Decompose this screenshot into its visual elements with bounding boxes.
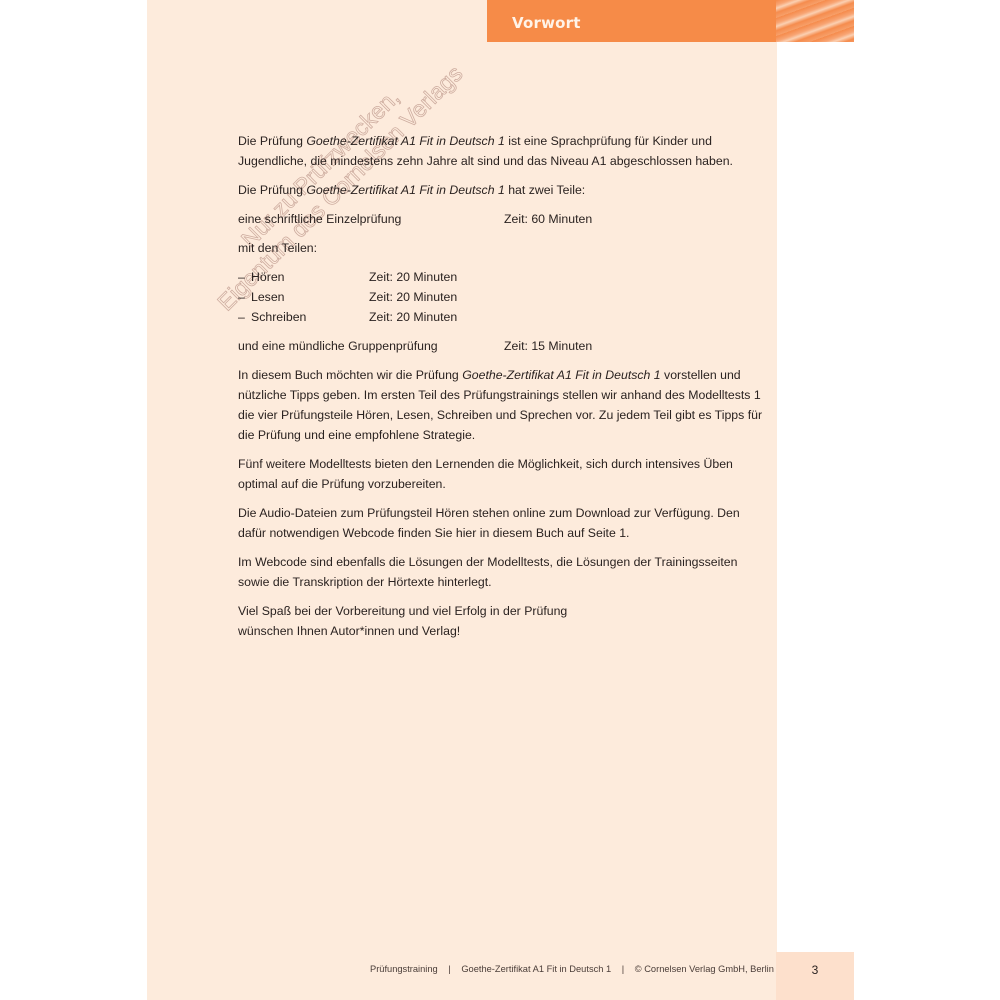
page-footer: Prüfungstraining | Goethe-Zertifikat A1 … [370,964,774,974]
exam-title: Goethe-Zertifikat A1 Fit in Deutsch 1 [462,368,660,382]
footer-section: Prüfungstraining [370,964,438,974]
exam-title: Goethe-Zertifikat A1 Fit in Deutsch 1 [306,183,504,197]
section-title: Vorwort [512,14,581,32]
paragraph-modeltests: Fünf weitere Modelltests bieten den Lern… [238,454,768,494]
list-item: – Lesen Zeit: 20 Minuten [238,287,768,307]
footer-separator: | [448,964,450,974]
footer-separator: | [622,964,624,974]
oral-exam-row: und eine mündliche Gruppenprüfung Zeit: … [238,336,768,356]
section-header-bar: Vorwort [487,0,776,42]
oral-exam-time: Zeit: 15 Minuten [504,336,592,356]
footer-book-title: Goethe-Zertifikat A1 Fit in Deutsch 1 [461,964,611,974]
paragraph-parts: Die Prüfung Goethe-Zertifikat A1 Fit in … [238,180,768,200]
parts-list: – Hören Zeit: 20 Minuten – Lesen Zeit: 2… [238,267,768,327]
paragraph-intro: Die Prüfung Goethe-Zertifikat A1 Fit in … [238,131,768,171]
header-decoration [776,0,854,42]
exam-title: Goethe-Zertifikat A1 Fit in Deutsch 1 [306,134,504,148]
preface-body: Die Prüfung Goethe-Zertifikat A1 Fit in … [238,131,768,650]
paragraph-closing: Viel Spaß bei der Vorbereitung und viel … [238,601,768,641]
parts-intro: mit den Teilen: [238,238,768,258]
paragraph-audio: Die Audio-Dateien zum Prüfungsteil Hören… [238,503,768,543]
page-number-box: 3 [776,952,854,1000]
paragraph-webcode: Im Webcode sind ebenfalls die Lösungen d… [238,552,768,592]
written-exam-row: eine schriftliche Einzelprüfung Zeit: 60… [238,209,768,229]
page-number: 3 [776,963,854,977]
footer-copyright: © Cornelsen Verlag GmbH, Berlin [635,964,774,974]
written-exam-time: Zeit: 60 Minuten [504,209,592,229]
oral-exam-label: und eine mündliche Gruppenprüfung [238,339,438,353]
list-item: – Schreiben Zeit: 20 Minuten [238,307,768,327]
list-item: – Hören Zeit: 20 Minuten [238,267,768,287]
written-exam-label: eine schriftliche Einzelprüfung [238,212,401,226]
paragraph-book-purpose: In diesem Buch möchten wir die Prüfung G… [238,365,768,445]
